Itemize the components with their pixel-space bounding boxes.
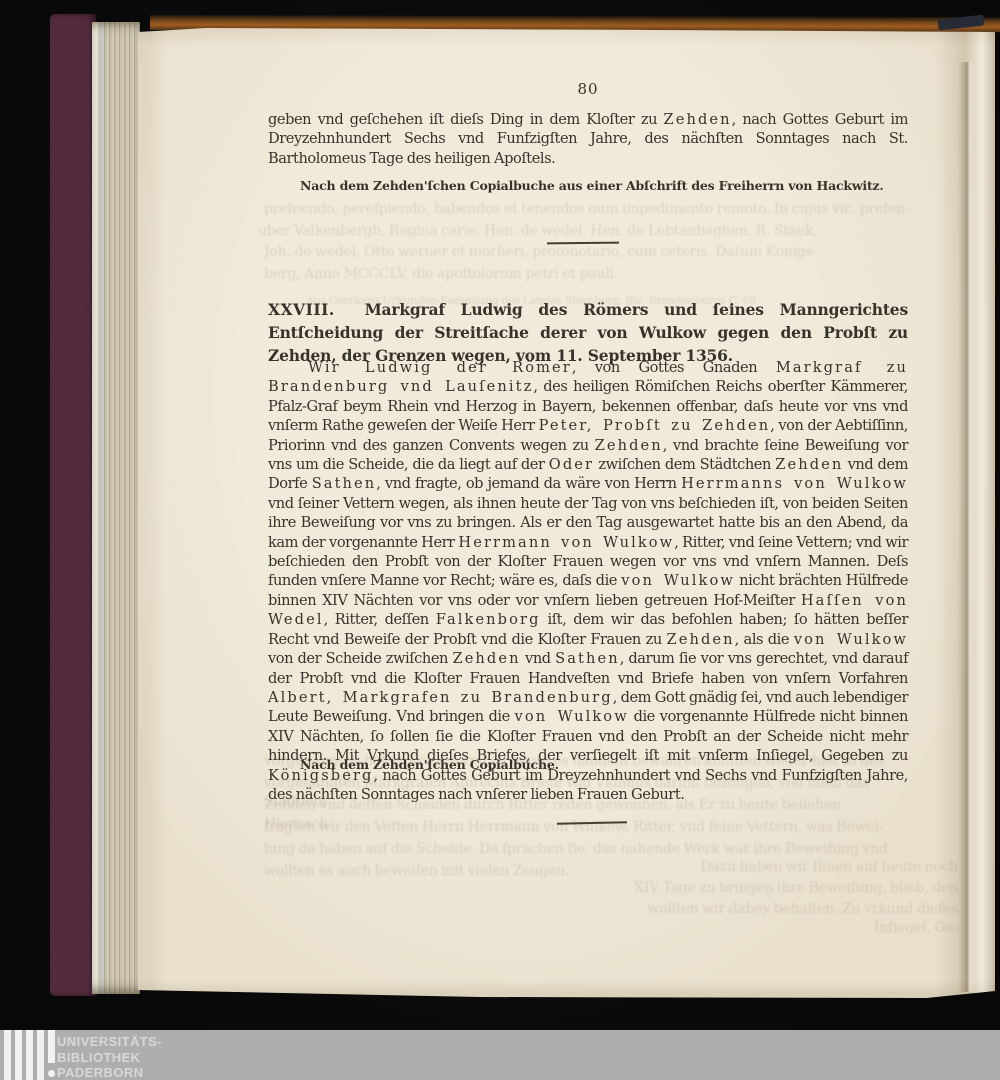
- letterspaced-name: Sathen: [555, 650, 620, 667]
- letterspaced-name: von Wulkow: [515, 708, 629, 725]
- letterspaced-name: Zehden: [452, 650, 520, 667]
- text-run: von der Scheide zwiſchen: [268, 650, 452, 667]
- letterspaced-name: Zehden: [667, 631, 735, 648]
- closing-divider: [557, 821, 627, 824]
- page-gutter-crease: [958, 62, 974, 992]
- logo-bar-icon: [37, 1030, 44, 1080]
- letterspaced-name: Wir Ludwig der Römer: [308, 359, 572, 376]
- text-run: vnd: [521, 650, 556, 667]
- source-note-copialbuch: Nach dem Zehden'ſchen Copialbuche.: [300, 757, 900, 772]
- bleedthrough-line: wollten es auch beweifen mit vielen Zeug…: [264, 862, 664, 881]
- letterspaced-name: Sathen: [312, 475, 377, 492]
- text-run: , vnd fragte, ob jemand da wäre von Herr…: [376, 475, 681, 492]
- text-run: geben vnd geſchehen iſt dieſs Ding in de…: [268, 111, 664, 128]
- letterspaced-name: von Wulkow: [794, 631, 908, 648]
- section-divider: [547, 242, 619, 245]
- library-name: UNIVERSITÄTS- BIBLIOTHEK PADERBORN: [57, 1034, 162, 1080]
- letterspaced-name: Peter, Probſt zu Zehden: [539, 417, 771, 434]
- text-run: , von Gottes Gnaden: [572, 359, 776, 376]
- library-footer-bar: UNIVERSITÄTS- BIBLIOTHEK PADERBORN: [0, 1030, 1000, 1080]
- book-page: prefeendo, perefpiendo, habendos et tene…: [138, 26, 995, 998]
- letterspaced-name: Zehden: [664, 111, 732, 128]
- letterspaced-name: Zehden: [775, 456, 843, 473]
- library-name-line: PADERBORN: [57, 1065, 162, 1080]
- book-cover-marbled: [50, 14, 96, 996]
- bleedthrough-line: fragten wir den Veften Herrn Herrmann vo…: [264, 818, 912, 837]
- source-note-hackwitz: Nach dem Zehden'ſchen Copialbuche aus ei…: [300, 178, 900, 193]
- bleedthrough-line: berg, Anno MCCCLV, die apoftolorum petri…: [264, 265, 694, 284]
- bleedthrough-line: XIV Tage zu bringen ihre Beweifung, blie…: [618, 879, 958, 898]
- bleedthrough-line: uber Valkenbergh, Regina carie, Hen. de …: [258, 222, 878, 241]
- bleedthrough-line: lung da haben auf die Scheide. Da fprach…: [264, 840, 912, 859]
- letterspaced-name: Falkenborg: [436, 611, 541, 628]
- charter-heading: XXVIII. Markgraf Ludwig des Römers und ſ…: [268, 298, 908, 367]
- bleedthrough-line: Dazu haben wir Ihnen auf heute noch: [658, 858, 958, 877]
- library-name-line: UNIVERSITÄTS-: [57, 1034, 162, 1050]
- text-run: , als die: [735, 631, 794, 648]
- paragraph-fragment-end: geben vnd geſchehen iſt dieſs Ding in de…: [268, 110, 908, 168]
- text-run: zwiſchen dem Städtchen: [594, 456, 775, 473]
- scanned-book-photo: prefeendo, perefpiendo, habendos et tene…: [0, 0, 1000, 1080]
- letterspaced-name: Oder: [549, 456, 594, 473]
- charter-number: XXVIII.: [268, 300, 335, 319]
- logo-exclamation-icon: [48, 1030, 55, 1063]
- bleedthrough-line: prefeendo, perefpiendo, habendos et tene…: [264, 200, 912, 219]
- logo-exclamation-dot: [48, 1070, 55, 1077]
- charter-body-text: Wir Ludwig der Römer, von Gottes Gnaden …: [268, 358, 908, 804]
- library-name-line: BIBLIOTHEK: [57, 1050, 162, 1066]
- text-run: , Ritter, deſſen: [324, 611, 436, 628]
- logo-bar-icon: [15, 1030, 22, 1080]
- letterspaced-name: Zehden: [595, 437, 663, 454]
- letterspaced-name: Herrmann von Wulkow: [458, 534, 674, 551]
- letterspaced-name: Albert, Markgrafen zu Brandenburg: [268, 689, 613, 706]
- bleedthrough-line: wollten wir dabey behalten. Zu vrkund di…: [608, 900, 958, 938]
- page-edge-stack: [92, 22, 140, 994]
- logo-bar-icon: [26, 1030, 33, 1080]
- letterspaced-name: von Wulkow: [621, 572, 735, 589]
- logo-bar-icon: [4, 1030, 11, 1080]
- charter-title: Markgraf Ludwig des Römers und ſeines Ma…: [268, 300, 908, 365]
- page-number: 80: [268, 80, 908, 98]
- bleedthrough-line: Joh. de wedel, Otto werner et morheri, p…: [264, 243, 844, 262]
- letterspaced-name: Herrmanns von Wulkow: [681, 475, 908, 492]
